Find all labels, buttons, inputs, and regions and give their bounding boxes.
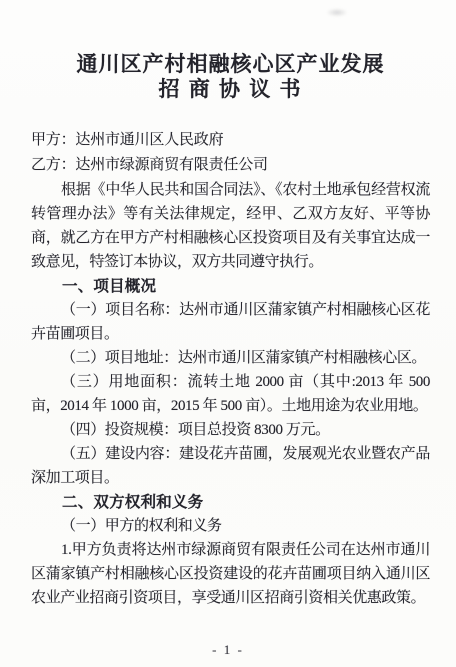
- section-1-heading: 一、项目概况: [31, 274, 430, 298]
- scanned-agreement-page: 通川区产村相融核心区产业发展 招 商 协 议 书 甲方：达州市通川区人民政府 乙…: [0, 0, 456, 667]
- contract-item-3: （三）用地面积：流转土地 2000 亩（其中:2013 年 500 亩，2014…: [31, 370, 430, 418]
- title-line-2: 招 商 协 议 书: [31, 77, 430, 101]
- agreement-body: 根据《中华人民共和国合同法》、《农村土地承包经营权流转管理办法》等有关法律规定，…: [31, 178, 430, 610]
- item-5-label: （五）建设内容：: [61, 446, 179, 462]
- party-b-line: 乙方：达州市绿源商贸有限责任公司: [31, 153, 430, 178]
- page-number: - 1 -: [0, 642, 456, 658]
- contract-item-1: （一）项目名称：达州市通川区蒲家镇产村相融核心区花卉苗圃项目。: [31, 298, 430, 346]
- clause-1-paragraph: 1.甲方负责将达州市绿源商贸有限责任公司在达州市通川区蒲家镇产村相融核心区投资建…: [31, 538, 430, 610]
- item-2-text: 达州市通川区蒲家镇产村相融核心区。: [178, 350, 426, 366]
- title-line-1: 通川区产村相融核心区产业发展: [31, 52, 430, 76]
- section-2-heading: 二、双方权利和义务: [31, 490, 430, 514]
- section-2-subheading: （一）甲方的权利和义务: [31, 514, 430, 538]
- contract-item-4: （四）投资规模：项目总投资 8300 万元。: [31, 418, 430, 442]
- intro-paragraph: 根据《中华人民共和国合同法》、《农村土地承包经营权流转管理办法》等有关法律规定，…: [31, 178, 430, 274]
- item-3-label: （三）用地面积：: [61, 374, 188, 390]
- contract-item-2: （二）项目地址：达州市通川区蒲家镇产村相融核心区。: [31, 346, 430, 370]
- item-1-label: （一）项目名称：: [61, 302, 179, 318]
- scan-artifact: [326, 8, 348, 17]
- parties-block: 甲方：达州市通川区人民政府 乙方：达州市绿源商贸有限责任公司: [31, 128, 430, 178]
- contract-item-5: （五）建设内容：建设花卉苗圃，发展观光农业暨农产品深加工项目。: [31, 442, 430, 490]
- item-4-text: 项目总投资 8300 万元。: [178, 422, 330, 438]
- document-title: 通川区产村相融核心区产业发展 招 商 协 议 书: [31, 52, 430, 101]
- party-a-line: 甲方：达州市通川区人民政府: [31, 128, 430, 153]
- item-2-label: （二）项目地址：: [61, 350, 178, 366]
- item-4-label: （四）投资规模：: [61, 422, 178, 438]
